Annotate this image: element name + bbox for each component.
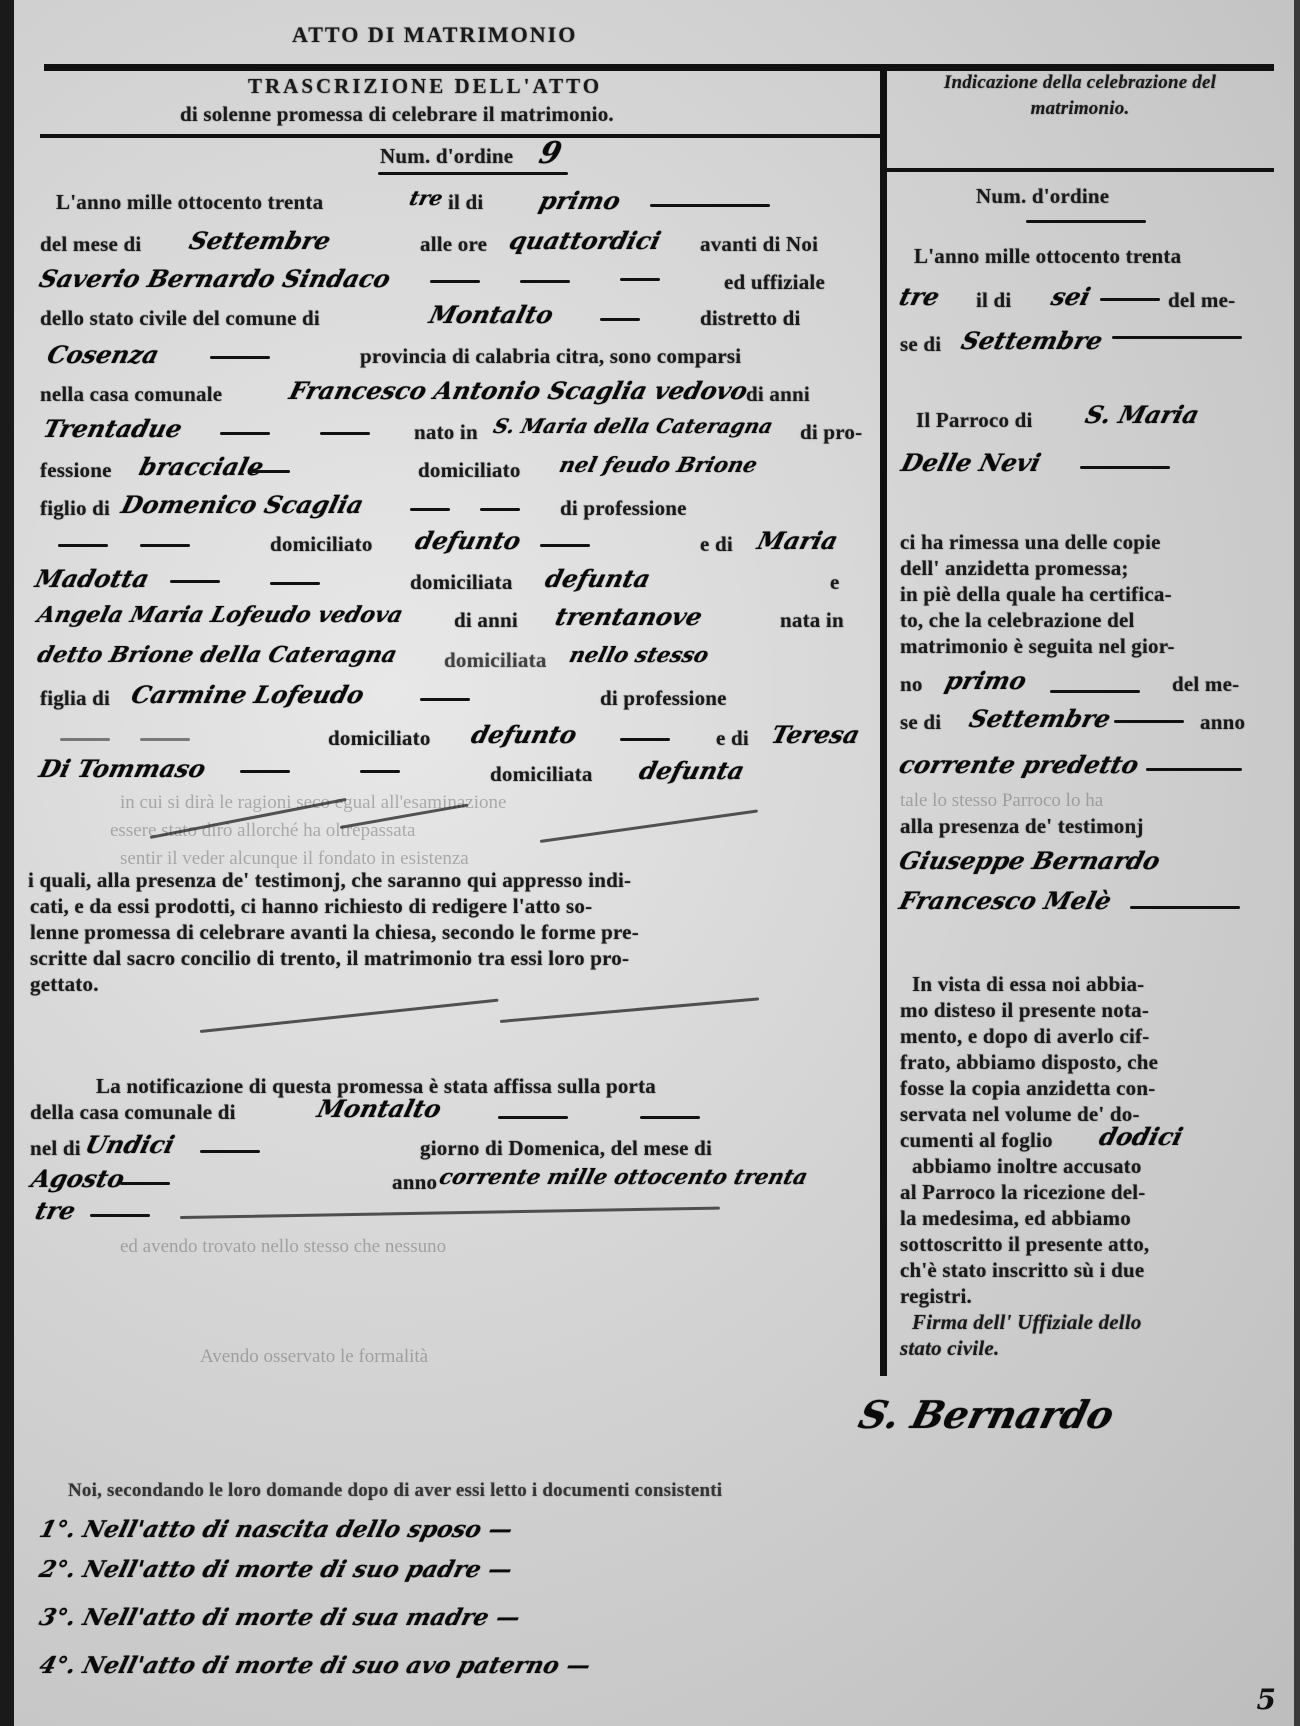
printed-text: nata in <box>780 608 844 633</box>
fill-dash <box>140 738 190 741</box>
fill-dash <box>1100 298 1160 301</box>
witness-2: Francesco Melè <box>896 886 1114 915</box>
fill-dash <box>140 544 190 547</box>
fill-dash <box>1112 336 1242 339</box>
handwritten-text: Settembre <box>186 226 333 255</box>
presence-line: alla presenza de' testimonj <box>900 814 1144 839</box>
printed-text: domiciliato <box>270 532 373 557</box>
handwritten-text: nello stesso <box>567 642 712 667</box>
printed-text: il di <box>448 190 483 215</box>
printed-text: avanti di Noi <box>700 232 818 257</box>
document-item: 1°. Nell'atto di nascita dello sposo — <box>37 1516 516 1543</box>
printed-text: L'anno mille ottocento trenta <box>914 244 1181 269</box>
handwritten-text: primo <box>536 186 623 215</box>
printed-text: il di <box>976 288 1011 313</box>
handwritten-text: Agosto <box>28 1164 127 1193</box>
handwritten-text: Francesco Antonio Scaglia vedovo <box>286 376 750 405</box>
printed-text: se di <box>900 710 941 735</box>
fill-dash <box>270 582 320 585</box>
parroco-parish-continued: Delle Nevi <box>898 448 1043 477</box>
handwritten-text: detto Brione della Cateragna <box>35 642 400 668</box>
printed-text: del me- <box>1168 288 1235 313</box>
printed-text: del me- <box>1172 672 1239 697</box>
official-signature: S. Bernardo <box>854 1392 1118 1437</box>
right-num-label: Num. d'ordine <box>976 184 1109 209</box>
strikethrough-stroke <box>180 1207 720 1219</box>
parroco-label: Il Parroco di <box>916 408 1033 433</box>
fill-dash <box>650 204 770 207</box>
closing-line: sottoscritto il presente atto, <box>900 1232 1149 1257</box>
bleed-through-text: sentir il veder alcunque il fondato in e… <box>120 848 469 870</box>
right-body-line: in piè della quale ha certifica- <box>900 582 1172 607</box>
printed-text: domiciliato <box>328 726 431 751</box>
right-section-title: Indicazione della celebrazione del matri… <box>900 70 1260 122</box>
handwritten-text: Madotta <box>32 564 152 593</box>
printed-text: e di <box>700 532 733 557</box>
printed-text: nato in <box>414 420 478 445</box>
handwritten-text: S. Maria della Cateragna <box>491 414 775 438</box>
signature-label: Firma dell' Uffiziale dello <box>912 1310 1142 1335</box>
fill-dash <box>498 1116 568 1119</box>
fill-dash <box>1050 690 1140 693</box>
fill-dash <box>600 318 640 321</box>
printed-text: alle ore <box>420 232 487 257</box>
printed-text: di anni <box>746 382 810 407</box>
fill-dash <box>90 1214 150 1217</box>
handwritten-text: defunto <box>468 720 580 749</box>
strikethrough-stroke <box>200 999 499 1033</box>
num-underline <box>378 172 568 175</box>
printed-text: no <box>900 672 923 697</box>
paragraph-line: cati, e da essi prodotti, ci hanno richi… <box>30 894 592 919</box>
fill-dash <box>410 508 450 511</box>
closing-line: fosse la copia anzidetta con- <box>900 1076 1155 1101</box>
document-item: 4°. Nell'atto di morte di suo avo patern… <box>37 1652 594 1679</box>
num-underline <box>1026 220 1146 223</box>
fill-dash <box>1146 768 1242 771</box>
fill-dash <box>480 508 520 511</box>
fill-dash <box>620 278 660 281</box>
handwritten-text: Settembre <box>966 704 1113 733</box>
left-num-label: Num. d'ordine <box>380 144 513 169</box>
fill-dash <box>200 1150 260 1153</box>
fill-dash <box>620 738 670 741</box>
footer-note: Noi, secondando le loro domande dopo di … <box>68 1480 722 1502</box>
printed-text: di professione <box>560 496 687 521</box>
fill-dash <box>1130 906 1240 909</box>
fill-dash <box>58 544 108 547</box>
handwritten-text: corrente mille ottocento trenta <box>437 1164 811 1189</box>
page-number: 5 <box>1257 1683 1276 1716</box>
right-body-line: to, che la celebrazione del <box>900 608 1135 633</box>
handwritten-text: Montalto <box>426 300 556 329</box>
document-title: ATTO DI MATRIMONIO <box>292 22 577 48</box>
printed-text: domiciliata <box>444 648 547 673</box>
fill-dash <box>540 544 590 547</box>
fill-dash <box>640 1116 700 1119</box>
fill-dash <box>430 280 480 283</box>
handwritten-text: bracciale <box>136 452 266 481</box>
bleed-through-text: ed avendo trovato nello stesso che nessu… <box>120 1236 446 1258</box>
closing-line: abbiamo inoltre accusato <box>912 1154 1142 1179</box>
closing-line: mento, e dopo di averlo cif- <box>900 1024 1149 1049</box>
left-subtitle-rule <box>40 134 880 138</box>
printed-text: anno <box>1200 710 1245 735</box>
scan-border-left <box>0 0 14 1726</box>
handwritten-text: sei <box>1048 282 1093 311</box>
fill-dash <box>360 770 400 773</box>
printed-text: dello stato civile del comune di <box>40 306 320 331</box>
fill-dash <box>1114 720 1184 723</box>
right-body-line: ci ha rimessa una delle copie <box>900 530 1161 555</box>
closing-line: frato, abbiamo disposto, che <box>900 1050 1158 1075</box>
right-title-rule <box>886 168 1274 172</box>
handwritten-text: quattordici <box>506 226 663 255</box>
strikethrough-stroke <box>540 809 758 843</box>
fill-dash <box>170 580 220 583</box>
fill-dash <box>60 738 110 741</box>
printed-text: distretto di <box>700 306 801 331</box>
folio-number: dodici <box>1096 1122 1186 1151</box>
handwritten-text: Montalto <box>314 1094 444 1123</box>
paragraph-line: i quali, alla presenza de' testimonj, ch… <box>28 868 631 893</box>
fill-dash <box>1080 466 1170 469</box>
handwritten-text: primo <box>942 666 1029 695</box>
fill-dash <box>420 698 470 701</box>
handwritten-text: Domenico Scaglia <box>118 490 366 519</box>
paragraph-line: gettato. <box>30 972 99 997</box>
handwritten-text: tre <box>32 1196 78 1225</box>
handwritten-text: Settembre <box>958 326 1105 355</box>
document-item: 3°. Nell'atto di morte di sua madre — <box>37 1604 523 1631</box>
printed-text: domiciliato <box>418 458 521 483</box>
printed-text: di professione <box>600 686 727 711</box>
right-body-line: matrimonio è seguita nel gior- <box>900 634 1175 659</box>
printed-text: del mese di <box>40 232 141 257</box>
bleed-through-text: Avendo osservato le formalità <box>200 1346 428 1368</box>
scan-border-right <box>1294 0 1300 1726</box>
handwritten-text: tre <box>407 186 445 210</box>
closing-line: ch'è stato inscritto sù i due <box>900 1258 1144 1283</box>
witness-1: Giuseppe Bernardo <box>896 846 1163 875</box>
handwritten-text: Angela Maria Lofeudo vedova <box>35 602 406 628</box>
handwritten-text: corrente predetto <box>896 750 1141 779</box>
fill-dash <box>220 432 270 435</box>
printed-text: figlia di <box>40 686 110 711</box>
printed-text: giorno di Domenica, del mese di <box>420 1136 712 1161</box>
right-body-line: dell' anzidetta promessa; <box>900 556 1129 581</box>
fill-dash <box>120 1182 170 1185</box>
document-scan: ATTO DI MATRIMONIO TRASCRIZIONE DELL'ATT… <box>0 0 1300 1726</box>
strikethrough-stroke <box>500 997 759 1023</box>
printed-text: di pro- <box>800 420 862 445</box>
printed-text: provincia di calabria citra, sono compar… <box>360 344 741 369</box>
fill-dash <box>320 432 370 435</box>
printed-text: e di <box>716 726 749 751</box>
handwritten-text: Teresa <box>768 720 863 749</box>
handwritten-text: Carmine Lofeudo <box>128 680 367 709</box>
printed-text: nella casa comunale <box>40 382 222 407</box>
bleed-through-text: in cui si dirà le ragioni seco egual all… <box>120 792 506 814</box>
handwritten-text: defunta <box>542 564 653 593</box>
closing-line: cumenti al foglio <box>900 1128 1053 1153</box>
printed-text: della casa comunale di <box>30 1100 236 1125</box>
paragraph-line: lenne promessa di celebrare avanti la ch… <box>30 920 639 945</box>
printed-text: L'anno mille ottocento trenta <box>56 190 323 215</box>
printed-text: nel di <box>30 1136 81 1161</box>
printed-text: domiciliata <box>410 570 513 595</box>
closing-line: mo disteso il presente nota- <box>900 998 1149 1023</box>
fill-dash <box>250 470 290 473</box>
printed-text: anno <box>392 1170 437 1195</box>
printed-text: ed uffiziale <box>724 270 825 295</box>
handwritten-text: Cosenza <box>44 340 162 369</box>
handwritten-text: tre <box>896 282 942 311</box>
left-section-subtitle: di solenne promessa di celebrare il matr… <box>180 102 614 127</box>
printed-text: di anni <box>454 608 518 633</box>
handwritten-text: Trentadue <box>40 414 185 443</box>
handwritten-text: Undici <box>82 1130 177 1159</box>
printed-text: fessione <box>40 458 112 483</box>
left-section-title: TRASCRIZIONE DELL'ATTO <box>248 74 602 99</box>
handwritten-text: Saverio Bernardo Sindaco <box>36 264 393 293</box>
closing-line: In vista di essa noi abbia- <box>912 972 1144 997</box>
printed-text: domiciliata <box>490 762 593 787</box>
printed-text: figlio di <box>40 496 110 521</box>
handwritten-text: defunta <box>636 756 747 785</box>
handwritten-text: defunto <box>412 526 524 555</box>
printed-text: se di <box>900 332 941 357</box>
bleed-through-text: tale lo stesso Parroco lo ha <box>900 790 1103 812</box>
left-num-value: 9 <box>536 136 566 171</box>
fill-dash <box>520 280 570 283</box>
handwritten-text: trentanove <box>552 602 705 631</box>
fill-dash <box>240 770 290 773</box>
paragraph-line: scritte dal sacro concilio di trento, il… <box>30 946 629 971</box>
closing-line: registri. <box>900 1284 972 1309</box>
closing-line: la medesima, ed abbiamo <box>900 1206 1131 1231</box>
fill-dash <box>210 356 270 359</box>
printed-text: e <box>830 570 840 595</box>
column-divider <box>880 66 887 1376</box>
signature-label: stato civile. <box>900 1336 999 1361</box>
handwritten-text: Maria <box>754 526 841 555</box>
closing-line: al Parroco la ricezione del- <box>900 1180 1145 1205</box>
document-item: 2°. Nell'atto di morte di suo padre — <box>37 1556 515 1583</box>
handwritten-text: nel feudo Brione <box>557 452 760 477</box>
handwritten-text: Di Tommaso <box>36 754 208 783</box>
parroco-parish: S. Maria <box>1082 400 1202 429</box>
